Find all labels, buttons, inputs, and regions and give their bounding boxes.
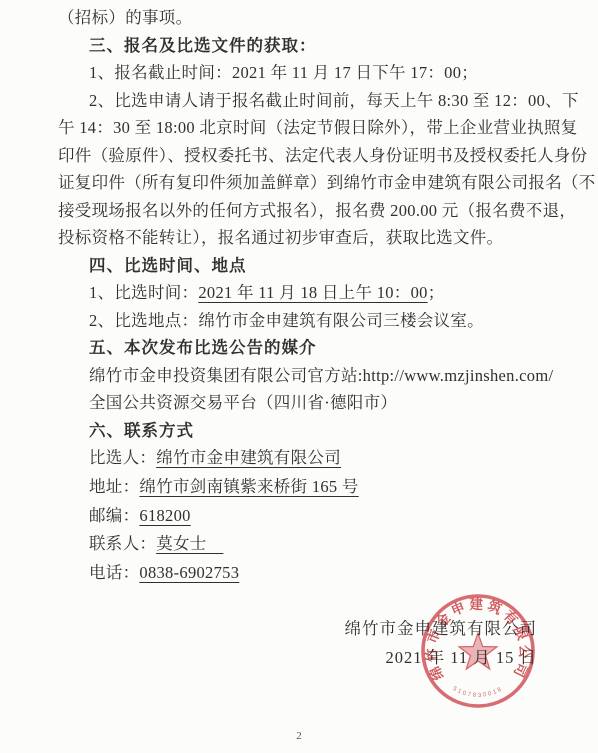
underlined-value: 绵竹市金申建筑有限公司 bbox=[156, 448, 341, 467]
text-line: 2、比选申请人请于报名截止时间前，每天上午 8:30 至 12：00、下 bbox=[58, 87, 546, 115]
text-segment: 三、报名及比选文件的获取： bbox=[89, 36, 317, 55]
section-heading: 五、本次发布比选公告的媒介 bbox=[58, 334, 546, 362]
underlined-value: 618200 bbox=[139, 506, 190, 525]
text-segment: 午 14：30 至 18:00 北京时间（法定节假日除外），带上企业营业执照复 bbox=[58, 118, 578, 137]
underlined-value: 0838-6902753 bbox=[139, 563, 239, 582]
text-segment: 证复印件（所有复印件须加盖鲜章）到绵竹市金申建筑有限公司报名（不 bbox=[58, 173, 596, 192]
text-line: 1、比选时间：2021 年 11 月 18 日上午 10：00； bbox=[58, 279, 546, 307]
text-segment: 比选人： bbox=[89, 448, 156, 467]
text-line: 比选人：绵竹市金申建筑有限公司 bbox=[58, 444, 546, 473]
signature-company: 绵竹市金申建筑有限公司 bbox=[345, 614, 538, 643]
text-segment: 电话： bbox=[89, 563, 139, 582]
underlined-value: 绵竹市剑南镇紫来桥街 165 号 bbox=[139, 477, 358, 496]
seal-number: 5107830018 bbox=[452, 686, 505, 699]
text-line: （招标）的事项。 bbox=[58, 4, 546, 32]
text-line: 2、比选地点：绵竹市金申建筑有限公司三楼会议室。 bbox=[58, 307, 546, 335]
text-segment: 全国公共资源交易平台（四川省·德阳市） bbox=[89, 393, 397, 412]
text-segment: 投标资格不能转让），报名通过初步审查后，获取比选文件。 bbox=[58, 228, 503, 247]
text-line: 电话：0838-6902753 bbox=[58, 559, 546, 588]
section-heading: 六、联系方式 bbox=[58, 417, 546, 445]
text-line: 地址：绵竹市剑南镇紫来桥街 165 号 bbox=[58, 473, 546, 502]
text-segment: 印件（验原件）、授权委托书、法定代表人身份证明书及授权委托人身份 bbox=[58, 146, 587, 165]
text-line: 绵竹市金申投资集团有限公司官方站:http://www.mzjinshen.co… bbox=[58, 362, 546, 390]
signature-block: 绵竹市金申建筑有限公司 2021 年 11 月 15 日 bbox=[345, 614, 538, 672]
signature-date: 2021 年 11 月 15 日 bbox=[345, 643, 538, 672]
text-line: 1、报名截止时间：2021 年 11 月 17 日下午 17：00； bbox=[58, 59, 546, 87]
underlined-value: 莫女士 bbox=[156, 534, 223, 553]
text-segment: ； bbox=[428, 283, 445, 302]
text-line: 印件（验原件）、授权委托书、法定代表人身份证明书及授权委托人身份 bbox=[58, 142, 546, 170]
document-page: （招标）的事项。三、报名及比选文件的获取：1、报名截止时间：2021 年 11 … bbox=[0, 0, 598, 753]
text-segment: 2、比选地点：绵竹市金申建筑有限公司三楼会议室。 bbox=[89, 311, 484, 330]
text-segment: 绵竹市金申投资集团有限公司官方站:http://www.mzjinshen.co… bbox=[89, 366, 553, 385]
text-segment: 地址： bbox=[89, 477, 139, 496]
page-number: 2 bbox=[0, 730, 598, 742]
text-segment: 六、联系方式 bbox=[89, 421, 194, 440]
text-line: 邮编：618200 bbox=[58, 502, 546, 531]
text-segment: 联系人： bbox=[89, 534, 156, 553]
text-line: 证复印件（所有复印件须加盖鲜章）到绵竹市金申建筑有限公司报名（不 bbox=[58, 169, 546, 197]
text-line: 全国公共资源交易平台（四川省·德阳市） bbox=[58, 389, 546, 417]
text-line: 接受现场报名以外的任何方式报名），报名费 200.00 元（报名费不退， bbox=[58, 197, 546, 225]
text-segment: 1、比选时间： bbox=[89, 283, 198, 302]
section-heading: 三、报名及比选文件的获取： bbox=[58, 32, 546, 60]
text-segment: 接受现场报名以外的任何方式报名），报名费 200.00 元（报名费不退， bbox=[58, 201, 576, 220]
underlined-value: 2021 年 11 月 18 日上午 10：00 bbox=[198, 283, 427, 302]
text-line: 投标资格不能转让），报名通过初步审查后，获取比选文件。 bbox=[58, 224, 546, 252]
document-body: （招标）的事项。三、报名及比选文件的获取：1、报名截止时间：2021 年 11 … bbox=[58, 4, 546, 588]
text-line: 午 14：30 至 18:00 北京时间（法定节假日除外），带上企业营业执照复 bbox=[58, 114, 546, 142]
text-segment: 2、比选申请人请于报名截止时间前，每天上午 8:30 至 12：00、下 bbox=[89, 91, 579, 110]
text-line: 联系人：莫女士 bbox=[58, 530, 546, 559]
text-segment: 四、比选时间、地点 bbox=[89, 256, 247, 275]
text-segment: 邮编： bbox=[89, 506, 139, 525]
section-heading: 四、比选时间、地点 bbox=[58, 252, 546, 280]
text-segment: 五、本次发布比选公告的媒介 bbox=[89, 338, 317, 357]
text-segment: （招标）的事项。 bbox=[58, 8, 192, 27]
text-segment: 1、报名截止时间：2021 年 11 月 17 日下午 17：00； bbox=[89, 63, 478, 82]
